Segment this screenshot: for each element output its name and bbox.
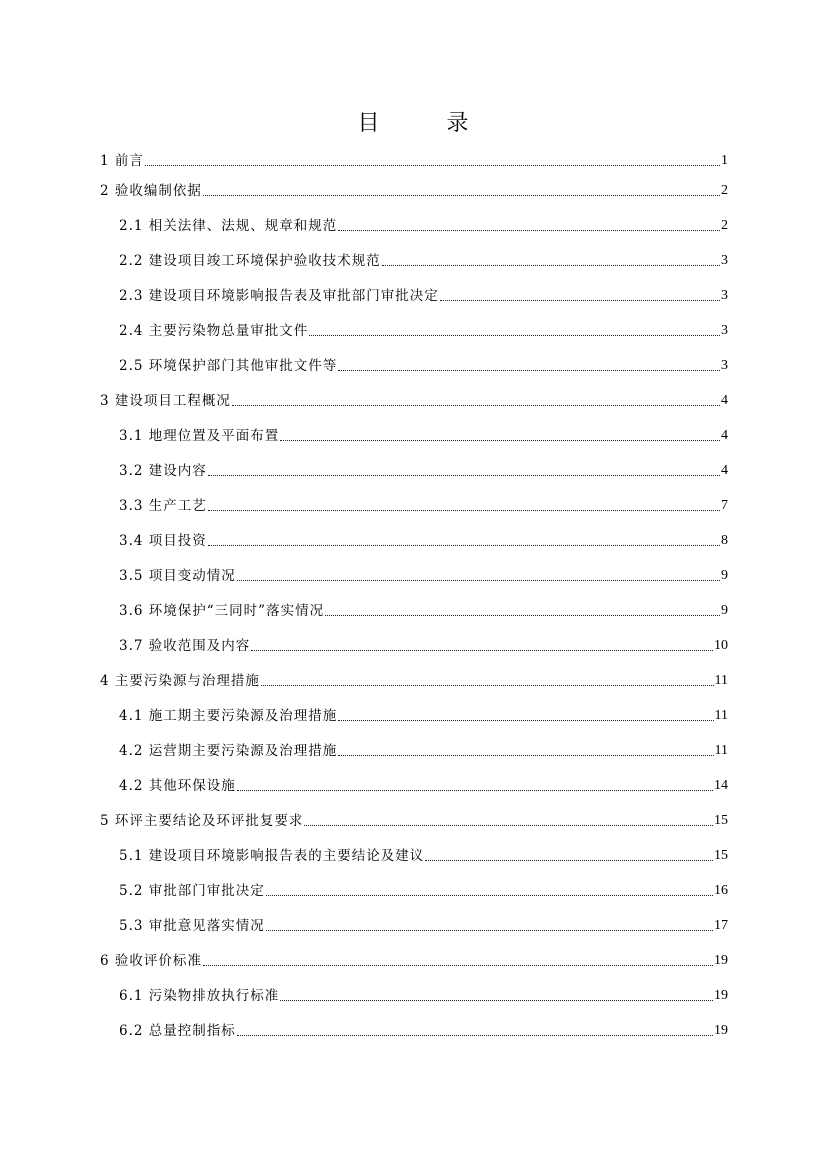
toc-entry-page-number: 9 [721, 567, 728, 585]
toc-entry-page-number: 7 [721, 497, 728, 515]
toc-entry-label: 2.5 环境保护部门其他审批文件等 [119, 357, 337, 375]
toc-entry-label: 6.1 污染物排放执行标准 [119, 987, 279, 1005]
toc-entry[interactable]: 4 主要污染源与治理措施11 [100, 670, 728, 690]
dot-leader [325, 614, 720, 616]
toc-entry[interactable]: 3.2 建设内容4 [100, 460, 728, 480]
toc-entry-page-number: 2 [721, 217, 728, 235]
toc-entry[interactable]: 1 前言1 [100, 150, 728, 170]
dot-leader [145, 164, 720, 166]
dot-leader [425, 859, 713, 861]
toc-entry-label: 5.2 审批部门审批决定 [119, 882, 265, 900]
dot-leader [309, 334, 720, 336]
toc-entry[interactable]: 6.2 总量控制指标19 [100, 1020, 728, 1040]
dot-leader [203, 194, 720, 196]
toc-entry-label: 3.5 项目变动情况 [119, 567, 236, 585]
toc-entry-label: 4 主要污染源与治理措施 [100, 672, 260, 690]
dot-leader [338, 754, 713, 756]
toc-entry-page-number: 10 [714, 637, 728, 655]
dot-leader [237, 789, 713, 791]
toc-entry-label: 3.6 环境保护“三同时”落实情况 [119, 602, 324, 620]
toc-entry[interactable]: 4.1 施工期主要污染源及治理措施11 [100, 705, 728, 725]
dot-leader [440, 299, 720, 301]
toc-entry-label: 6.2 总量控制指标 [119, 1022, 236, 1040]
toc-entry-page-number: 4 [721, 462, 728, 480]
toc-entry-label: 3 建设项目工程概况 [100, 392, 231, 410]
toc-entry-label: 1 前言 [100, 152, 144, 170]
toc-entry-label: 3.1 地理位置及平面布置 [119, 427, 279, 445]
toc-entry[interactable]: 2 验收编制依据2 [100, 180, 728, 200]
toc-entry[interactable]: 5.3 审批意见落实情况17 [100, 915, 728, 935]
toc-entry[interactable]: 3 建设项目工程概况4 [100, 390, 728, 410]
toc-entry-label: 3.4 项目投资 [119, 532, 207, 550]
toc-entry-label: 3.3 生产工艺 [119, 497, 207, 515]
toc-entry[interactable]: 2.4 主要污染物总量审批文件3 [100, 320, 728, 340]
toc-entry-page-number: 14 [714, 777, 728, 795]
toc-entry-label: 3.7 验收范围及内容 [119, 637, 250, 655]
toc-entry-page-number: 19 [714, 987, 728, 1005]
toc-entry-page-number: 8 [721, 532, 728, 550]
toc-entry[interactable]: 3.6 环境保护“三同时”落实情况9 [100, 600, 728, 620]
toc-entry[interactable]: 5.1 建设项目环境影响报告表的主要结论及建议15 [100, 845, 728, 865]
toc-entry[interactable]: 2.5 环境保护部门其他审批文件等3 [100, 355, 728, 375]
toc-entry-page-number: 9 [721, 602, 728, 620]
toc-entry-label: 2.2 建设项目竣工环境保护验收技术规范 [119, 252, 381, 270]
toc-entry-page-number: 19 [714, 1022, 728, 1040]
toc-entry-page-number: 1 [721, 152, 728, 170]
toc-entry[interactable]: 3.7 验收范围及内容10 [100, 635, 728, 655]
dot-leader [338, 719, 713, 721]
toc-entry[interactable]: 6 验收评价标准19 [100, 950, 728, 970]
toc-entry-page-number: 3 [721, 252, 728, 270]
toc-entry-label: 4.1 施工期主要污染源及治理措施 [119, 707, 337, 725]
toc-entry[interactable]: 3.3 生产工艺7 [100, 495, 728, 515]
toc-entry-label: 2 验收编制依据 [100, 182, 202, 200]
dot-leader [338, 369, 720, 371]
toc-entry-page-number: 11 [715, 742, 728, 760]
toc-entry[interactable]: 2.2 建设项目竣工环境保护验收技术规范3 [100, 250, 728, 270]
toc-entry-page-number: 17 [714, 917, 728, 935]
dot-leader [237, 1034, 713, 1036]
toc-title: 目 录 [0, 106, 826, 137]
toc-entry-label: 4.2 其他环保设施 [119, 777, 236, 795]
toc-entry[interactable]: 5.2 审批部门审批决定16 [100, 880, 728, 900]
toc-entry-page-number: 15 [714, 812, 728, 830]
toc-entry-page-number: 3 [721, 287, 728, 305]
dot-leader [232, 404, 720, 406]
dot-leader [304, 824, 713, 826]
toc-entry-label: 2.4 主要污染物总量审批文件 [119, 322, 308, 340]
toc-entry-label: 2.3 建设项目环境影响报告表及审批部门审批决定 [119, 287, 439, 305]
toc-entry-page-number: 4 [721, 427, 728, 445]
dot-leader [208, 544, 720, 546]
toc-entry-page-number: 3 [721, 322, 728, 340]
toc-entry-page-number: 19 [714, 952, 728, 970]
toc-entry-label: 3.2 建设内容 [119, 462, 207, 480]
toc-entry[interactable]: 6.1 污染物排放执行标准19 [100, 985, 728, 1005]
dot-leader [261, 684, 714, 686]
toc-entry[interactable]: 2.3 建设项目环境影响报告表及审批部门审批决定3 [100, 285, 728, 305]
toc-entry[interactable]: 5 环评主要结论及环评批复要求15 [100, 810, 728, 830]
toc-entry-page-number: 15 [714, 847, 728, 865]
toc-entry[interactable]: 3.1 地理位置及平面布置4 [100, 425, 728, 445]
dot-leader [208, 509, 720, 511]
dot-leader [280, 999, 713, 1001]
toc-entry-page-number: 16 [714, 882, 728, 900]
toc-entry-label: 2.1 相关法律、法规、规章和规范 [119, 217, 337, 235]
toc-entry[interactable]: 3.5 项目变动情况9 [100, 565, 728, 585]
dot-leader [338, 229, 720, 231]
toc-entry-page-number: 11 [715, 672, 728, 690]
toc-entry-page-number: 4 [721, 392, 728, 410]
toc-entry-label: 5 环评主要结论及环评批复要求 [100, 812, 303, 830]
dot-leader [203, 964, 713, 966]
dot-leader [208, 474, 720, 476]
toc-entry-label: 5.3 审批意见落实情况 [119, 917, 265, 935]
toc-entry[interactable]: 2.1 相关法律、法规、规章和规范2 [100, 215, 728, 235]
dot-leader [382, 264, 720, 266]
dot-leader [280, 439, 720, 441]
toc-entry-label: 4.2 运营期主要污染源及治理措施 [119, 742, 337, 760]
toc-entry[interactable]: 4.2 其他环保设施14 [100, 775, 728, 795]
dot-leader [266, 894, 713, 896]
dot-leader [266, 929, 713, 931]
toc-entry-label: 6 验收评价标准 [100, 952, 202, 970]
dot-leader [251, 649, 713, 651]
toc-entry-page-number: 11 [715, 707, 728, 725]
dot-leader [237, 579, 720, 581]
toc-entry-label: 5.1 建设项目环境影响报告表的主要结论及建议 [119, 847, 424, 865]
toc-entry[interactable]: 4.2 运营期主要污染源及治理措施11 [100, 740, 728, 760]
toc-entry[interactable]: 3.4 项目投资8 [100, 530, 728, 550]
toc-entry-page-number: 2 [721, 182, 728, 200]
toc-entry-page-number: 3 [721, 357, 728, 375]
